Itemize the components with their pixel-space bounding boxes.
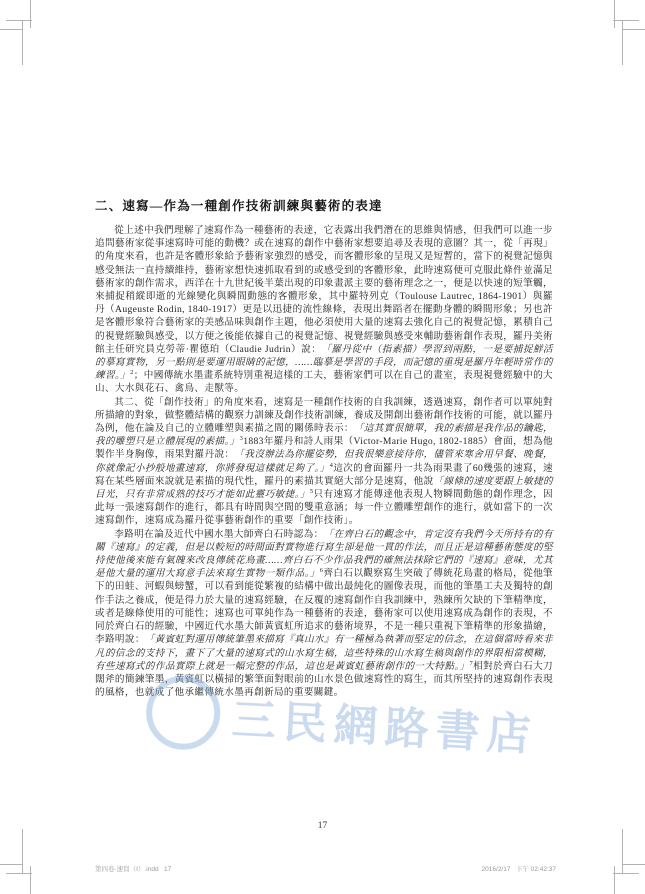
body-paragraph: 李路明在論及近代中國水墨大師齊白石時認為：「在齊白石的觀念中，肯定沒有我們今天所…: [95, 528, 553, 700]
crop-mark: [613, 20, 639, 21]
section-title: 二、速寫—作為一種創作技術訓練與藝術的表達: [95, 196, 553, 214]
crop-mark: [6, 873, 32, 874]
text-segment: ；中國傳統水墨畫系統特別重視這樣的工夫，藝術家們可以在自己的畫室，表現視覺經驗中…: [95, 370, 553, 394]
crop-mark: [622, 864, 645, 865]
crop-mark: [30, 0, 31, 28]
crop-mark: [6, 20, 32, 21]
crop-mark: [22, 829, 23, 874]
text-segment: 從上述中我們理解了速寫作為一種藝術的表達，它表露出我們潛在的思維與情感，但我們可…: [95, 225, 553, 355]
crop-mark: [0, 29, 23, 30]
crop-mark: [622, 20, 623, 65]
slug-filename: 第四卷·速寫（I）.indd 17: [95, 864, 171, 873]
document-page: 二、速寫—作為一種創作技術訓練與藝術的表達 從上述中我們理解了速寫作為一種藝術的…: [0, 0, 645, 894]
crop-mark: [30, 866, 31, 894]
crop-mark: [622, 829, 623, 874]
crop-mark: [613, 873, 639, 874]
text-segment: 李路明在論及近代中國水墨大師齊白石時認為：: [114, 529, 323, 540]
crop-mark: [0, 864, 23, 865]
crop-mark: [22, 20, 23, 65]
slug-timestamp: 2016/2/17 下午 02:42:37: [482, 864, 556, 873]
page-number: 17: [0, 821, 645, 831]
body-paragraph: 從上述中我們理解了速寫作為一種藝術的表達，它表露出我們潛在的思維與情感，但我們可…: [95, 224, 553, 396]
crop-mark: [622, 29, 645, 30]
body-paragraph: 其二、從「創作技術」的角度來看，速寫是一種創作技術的自我訓練，透過速寫，創作者可…: [95, 396, 553, 528]
body-text: 從上述中我們理解了速寫作為一種藝術的表達，它表露出我們潛在的思維與情感，但我們可…: [95, 224, 553, 699]
crop-mark: [614, 866, 615, 894]
crop-mark: [614, 0, 615, 28]
text-column: 二、速寫—作為一種創作技術訓練與藝術的表達 從上述中我們理解了速寫作為一種藝術的…: [95, 196, 553, 699]
